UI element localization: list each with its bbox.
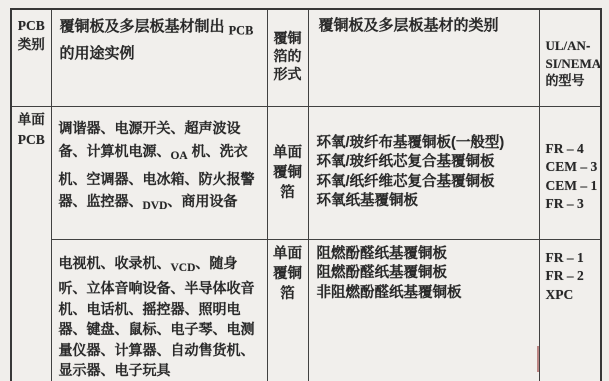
table-header-row: PCB 类别 覆铜板及多层板基材制出 PCB 的用途实例 覆铜 箔的 形式 覆铜…	[11, 9, 601, 106]
latin-text: VCD	[171, 262, 196, 274]
cell-model-numbers-1: FR – 4 CEM – 3 CEM – 1 FR – 3	[539, 106, 601, 239]
latin-text: FR – 2	[546, 268, 584, 283]
latin-text: DVD	[143, 200, 168, 212]
scan-artifact	[537, 346, 539, 372]
cell-usage-examples-2: 电视机、收录机、VCD、随身听、立体音响设备、半导体收音机、电话机、摇控器、照明…	[51, 239, 267, 381]
latin-text: FR – 3	[546, 196, 584, 211]
cell-pcb-category-single-sided: 单面 PCB	[11, 106, 51, 381]
header-pcb-category: PCB 类别	[11, 9, 51, 106]
latin-text: FR – 1	[546, 250, 584, 265]
latin-text: CEM – 1	[546, 178, 598, 193]
cell-substrate-types-1: 环氧/玻纤布基覆铜板(一般型) 环氧/玻纤纸芯复合基覆铜板 环氧/纸纤维芯复合基…	[308, 106, 539, 239]
table-row-phenolic-boards: 电视机、收录机、VCD、随身听、立体音响设备、半导体收音机、电话机、摇控器、照明…	[11, 239, 601, 381]
header-substrate-category: 覆铜板及多层板基材的类别	[308, 9, 539, 106]
pcb-substrate-table: PCB 类别 覆铜板及多层板基材制出 PCB 的用途实例 覆铜 箔的 形式 覆铜…	[10, 8, 602, 381]
scanned-document-page: PCB 类别 覆铜板及多层板基材制出 PCB 的用途实例 覆铜 箔的 形式 覆铜…	[0, 0, 609, 381]
cell-foil-form-2: 单面 覆铜 箔	[267, 239, 308, 381]
cell-usage-examples-1: 调谐器、电源开关、超声波设备、计算机电源、OA 机、洗衣机、空调器、电冰箱、防火…	[51, 106, 267, 239]
table-row-epoxy-boards: 单面 PCB 调谐器、电源开关、超声波设备、计算机电源、OA 机、洗衣机、空调器…	[11, 106, 601, 239]
latin-text: FR – 4	[546, 141, 584, 156]
latin-text: PCB	[18, 132, 45, 147]
cell-foil-form-1: 单面 覆铜 箔	[267, 106, 308, 239]
latin-text: XPC	[546, 287, 574, 302]
latin-text: SI/NEMA	[546, 56, 602, 71]
latin-text: UL/AN	[546, 38, 586, 53]
latin-text: CEM – 3	[546, 159, 598, 174]
header-usage-examples: 覆铜板及多层板基材制出 PCB 的用途实例	[51, 9, 267, 106]
cell-model-numbers-2: FR – 1 FR – 2 XPC	[539, 239, 601, 381]
header-foil-form: 覆铜 箔的 形式	[267, 9, 308, 106]
latin-text: OA	[171, 150, 188, 162]
latin-text: PCB	[229, 23, 254, 37]
latin-text: PCB	[18, 18, 45, 33]
header-ul-ansi-nema-model: UL/AN- SI/NEMA 的型号	[539, 9, 601, 106]
cell-substrate-types-2: 阻燃酚醛纸基覆铜板 阻燃酚醛纸基覆铜板 非阻燃酚醛纸基覆铜板	[308, 239, 539, 381]
